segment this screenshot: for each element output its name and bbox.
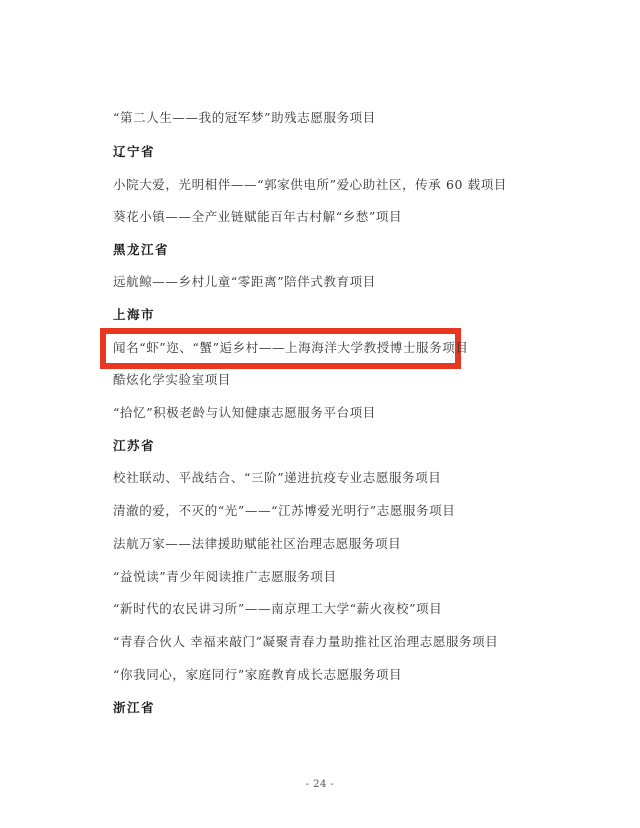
project-item: “拾忆”积极老龄与认知健康志愿服务平台项目 xyxy=(113,403,376,423)
project-item: 葵花小镇——全产业链赋能百年古村解“乡愁”项目 xyxy=(113,207,402,227)
province-heading-jiangsu: 江苏省 xyxy=(113,436,155,456)
page-number: - 24 - xyxy=(0,779,640,790)
project-item: 清澈的爱，不灭的“光”——“江苏博爱光明行”志愿服务项目 xyxy=(113,501,455,521)
project-item: 法航万家——法律援助赋能社区治理志愿服务项目 xyxy=(113,534,401,554)
project-item: “你我同心，家庭同行”家庭教育成长志愿服务项目 xyxy=(113,665,402,685)
project-item: “益悦读”青少年阅读推广志愿服务项目 xyxy=(113,567,337,587)
project-item: “青春合伙人 幸福来敲门”凝聚青春力量助推社区治理志愿服务项目 xyxy=(113,632,498,652)
project-item: 远航鲸——乡村儿童“零距离”陪伴式教育项目 xyxy=(113,272,376,292)
province-heading-heilongjiang: 黑龙江省 xyxy=(113,240,169,260)
project-item: 校社联动、平战结合、“三阶”递进抗疫专业志愿服务项目 xyxy=(113,468,441,488)
province-heading-zhejiang: 浙江省 xyxy=(113,698,155,718)
project-item: 小院大爱，光明相伴——“郭家供电所”爱心助社区，传承 60 载项目 xyxy=(113,175,507,195)
highlighted-project-item: 闻名“虾”迩、“蟹”逅乡村——上海海洋大学教授博士服务项目 xyxy=(113,338,468,358)
project-item: 酷炫化学实验室项目 xyxy=(113,370,231,390)
project-item: “第二人生——我的冠军梦”助残志愿服务项目 xyxy=(113,108,376,128)
province-heading-liaoning: 辽宁省 xyxy=(113,142,155,162)
project-item: “新时代的农民讲习所”——南京理工大学“薪火夜校”项目 xyxy=(113,599,442,619)
document-page: “第二人生——我的冠军梦”助残志愿服务项目 辽宁省 小院大爱，光明相伴——“郭家… xyxy=(0,0,640,828)
province-heading-shanghai: 上海市 xyxy=(113,305,155,325)
